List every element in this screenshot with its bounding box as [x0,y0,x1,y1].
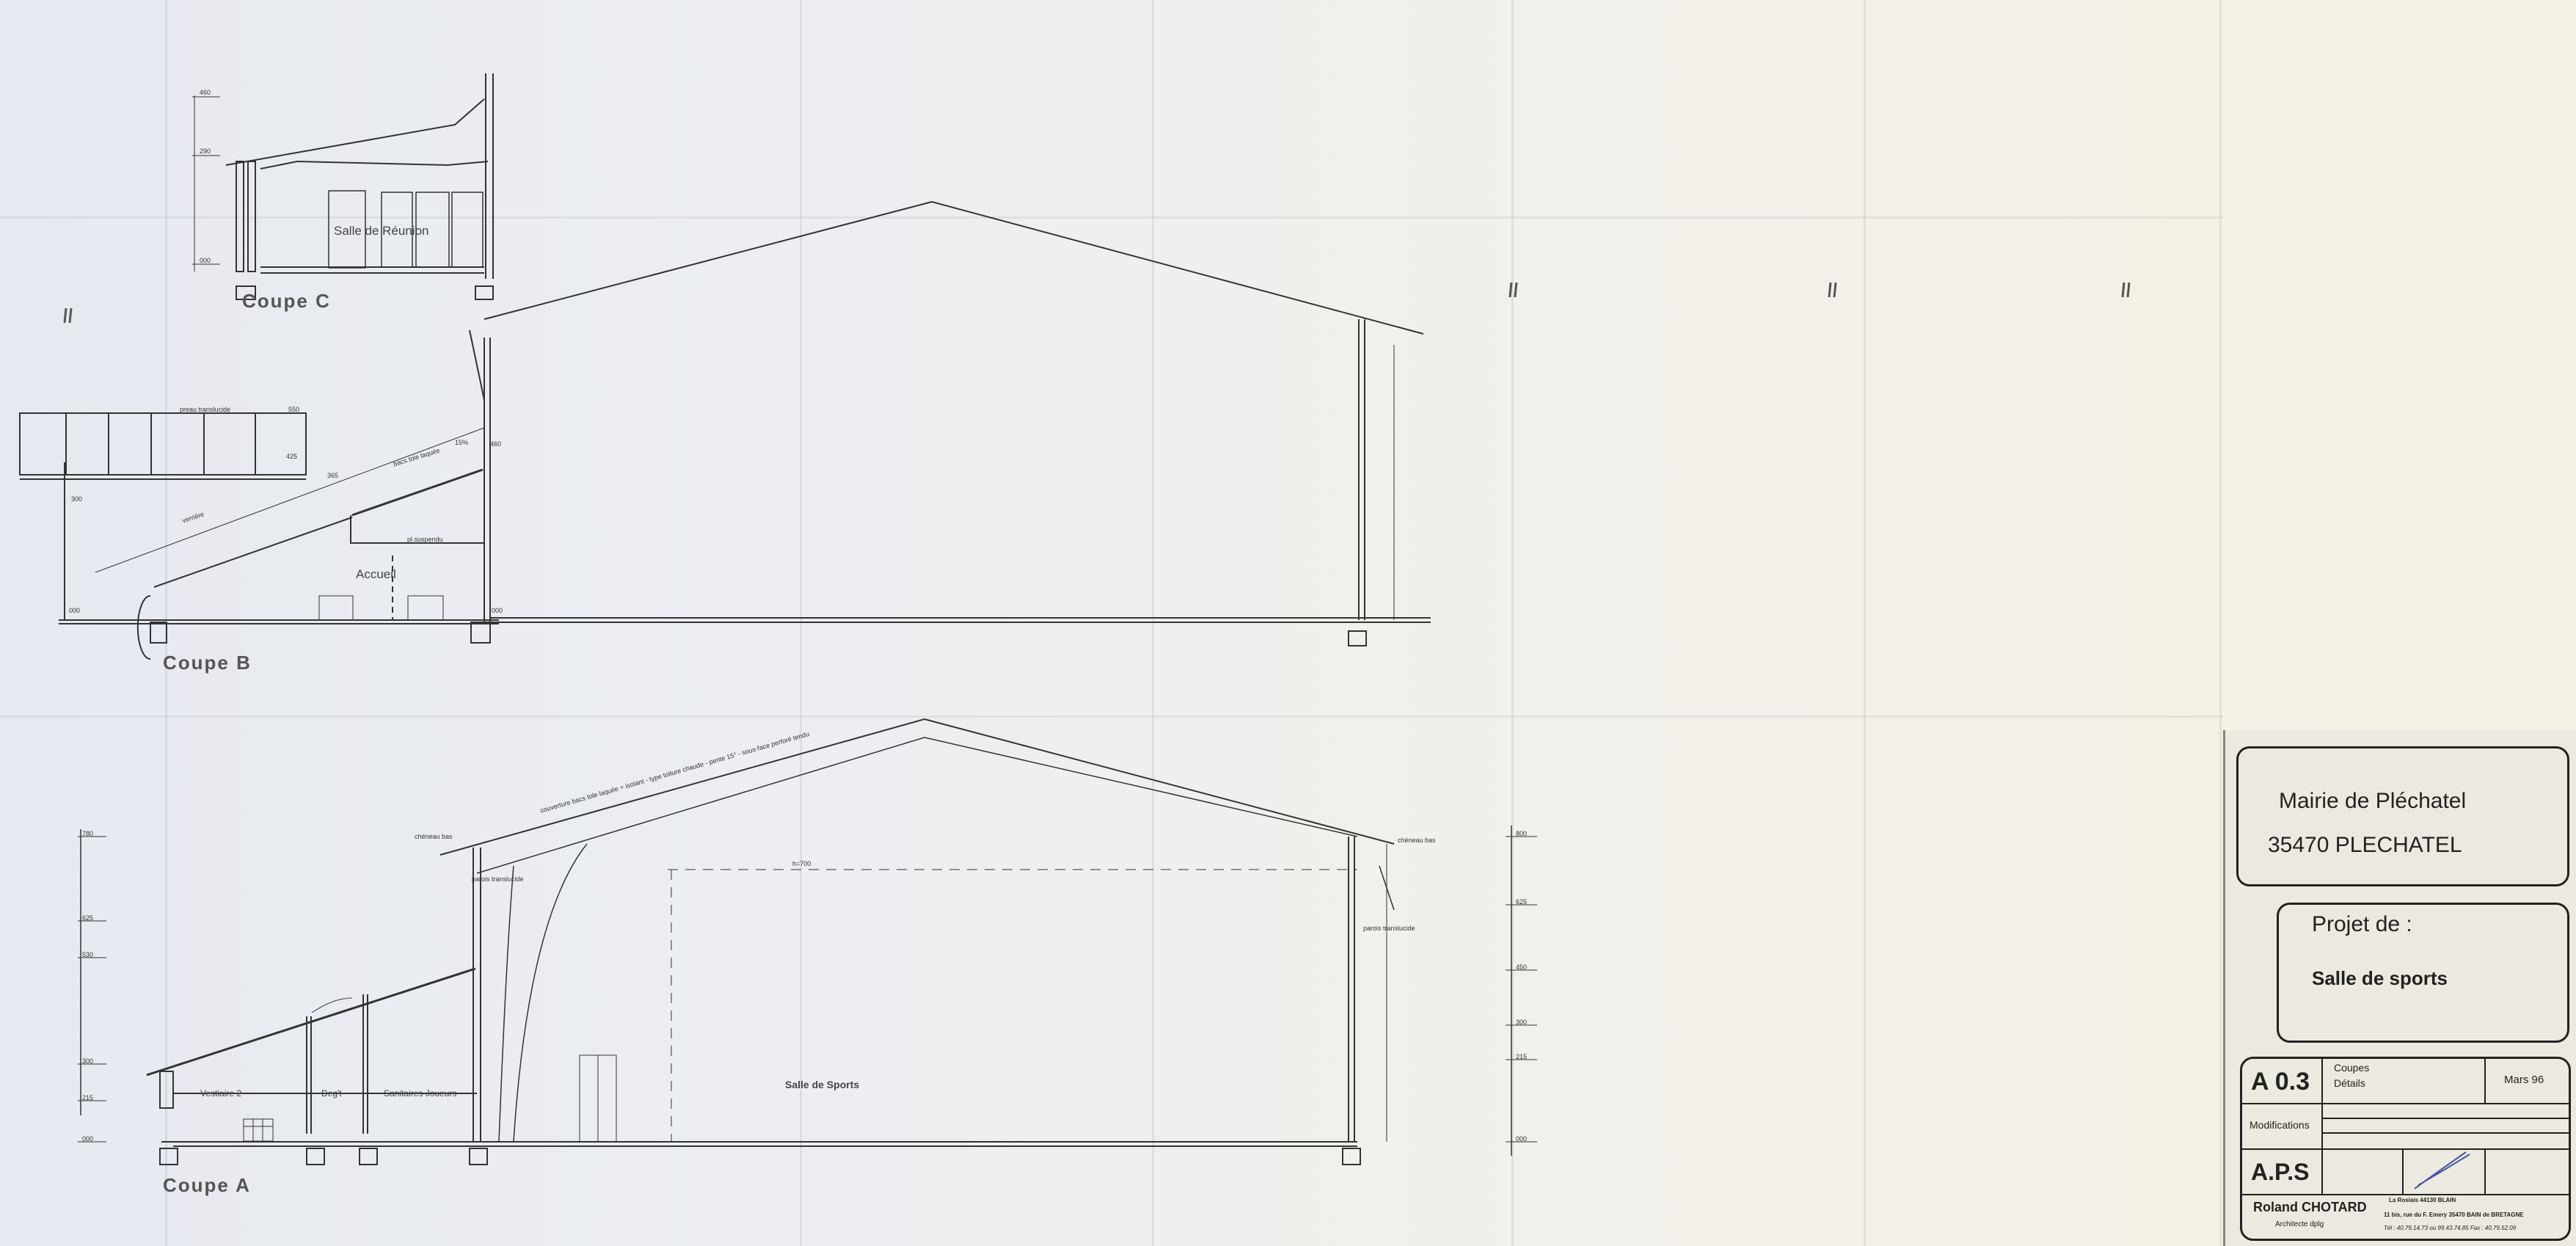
coupe-b-gym-drawing [470,202,1431,646]
level-mark: 460 [490,440,501,448]
note-paroi-left: parois translucide [472,875,524,883]
project-label: Projet de : [2312,912,2412,937]
sheet-number: A 0.3 [2251,1068,2310,1096]
level-mark: 625 [82,914,93,922]
note-plafond: pl.suspendu [407,536,443,543]
client-name: Mairie de Pléchatel [2279,789,2466,814]
level-mark: 290 [200,147,211,155]
sheet-desc-1: Coupes [2334,1062,2369,1074]
sheet-date: Mars 96 [2504,1074,2544,1086]
note-height: h=700 [792,860,811,867]
level-mark: 425 [286,453,297,460]
modifications-label: Modifications [2250,1119,2310,1131]
level-mark: 450 [1516,963,1527,971]
level-mark: 000 [1516,1135,1527,1143]
address-2: 11 bis, rue du F. Emery 35470 BAIN de BR… [2384,1212,2524,1218]
note-cheneau-right: chéneau bas [1398,837,1436,844]
level-mark: 800 [1516,830,1527,837]
level-mark: 000 [200,257,211,264]
coupe-c-drawing [192,73,493,299]
signature-icon [2407,1148,2481,1192]
room-sanitaires: Sanitaires Joueurs [384,1088,456,1099]
note-paroi-right: parois translucide [1363,925,1415,932]
room-vestiaire: Vestiaire 2 [200,1088,241,1099]
phase-row: A.P.S [2242,1148,2569,1195]
coupe-c-label: Coupe C [242,290,331,313]
coupe-a-drawing [78,719,1537,1165]
level-mark: 000 [492,607,503,614]
level-mark: 625 [1516,898,1527,906]
level-mark: 530 [82,951,93,958]
level-mark: 300 [1516,1019,1527,1026]
client-address: 35470 PLECHATEL [2268,833,2462,858]
fold-marks [65,283,2223,323]
contact: Tél : 40.79.14.73 ou 99.43.74.85 Fax : 4… [2384,1225,2516,1231]
sheet-row: A 0.3 Coupes Détails Mars 96 [2242,1059,2569,1104]
coupe-b-label: Coupe B [163,652,252,674]
title-block: Mairie de Pléchatel 35470 PLECHATEL Proj… [2223,730,2576,1246]
architect-title: Architecte dplg [2275,1220,2324,1228]
address-1: La Rosiais 44130 BLAIN [2389,1197,2456,1203]
project-name: Salle de sports [2312,967,2448,990]
level-mark: 215 [82,1094,93,1101]
level-mark: 550 [288,406,299,413]
level-mark: 000 [82,1135,93,1143]
note-cheneau-left: chéneau bas [415,833,453,840]
level-mark: 780 [82,830,93,837]
note-preau: preau translucide [180,406,230,413]
sheet-info-box: A 0.3 Coupes Détails Mars 96 Modificatio… [2240,1057,2571,1241]
level-mark: 460 [200,89,211,96]
room-degagement: Deg't [321,1088,342,1099]
note-pente: 15% [455,439,468,446]
client-box: Mairie de Pléchatel 35470 PLECHATEL [2236,746,2569,886]
drawing-sheet: Coupe C Salle de Réunion 460 290 000 Cou… [0,0,2576,1246]
level-mark: 300 [82,1057,93,1065]
level-mark: 365 [327,472,338,479]
room-salle-de-sports: Salle de Sports [785,1079,859,1090]
room-accueil: Accueil [356,567,396,582]
modifications-row: Modifications [2242,1103,2569,1150]
sheet-desc-2: Détails [2334,1077,2365,1089]
section-drawings [0,0,2223,1246]
architect-row: Roland CHOTARD Architecte dplg La Rosiai… [2242,1194,2569,1239]
project-box: Projet de : Salle de sports [2277,903,2569,1043]
room-salle-reunion: Salle de Réunion [334,224,428,238]
level-mark: 215 [1516,1053,1527,1060]
architect-name: Roland CHOTARD [2253,1200,2367,1215]
level-mark: 000 [69,607,80,614]
coupe-a-label: Coupe A [163,1174,251,1197]
level-mark: 300 [71,495,82,503]
coupe-b-drawing [20,338,499,659]
phase: A.P.S [2251,1159,2309,1186]
